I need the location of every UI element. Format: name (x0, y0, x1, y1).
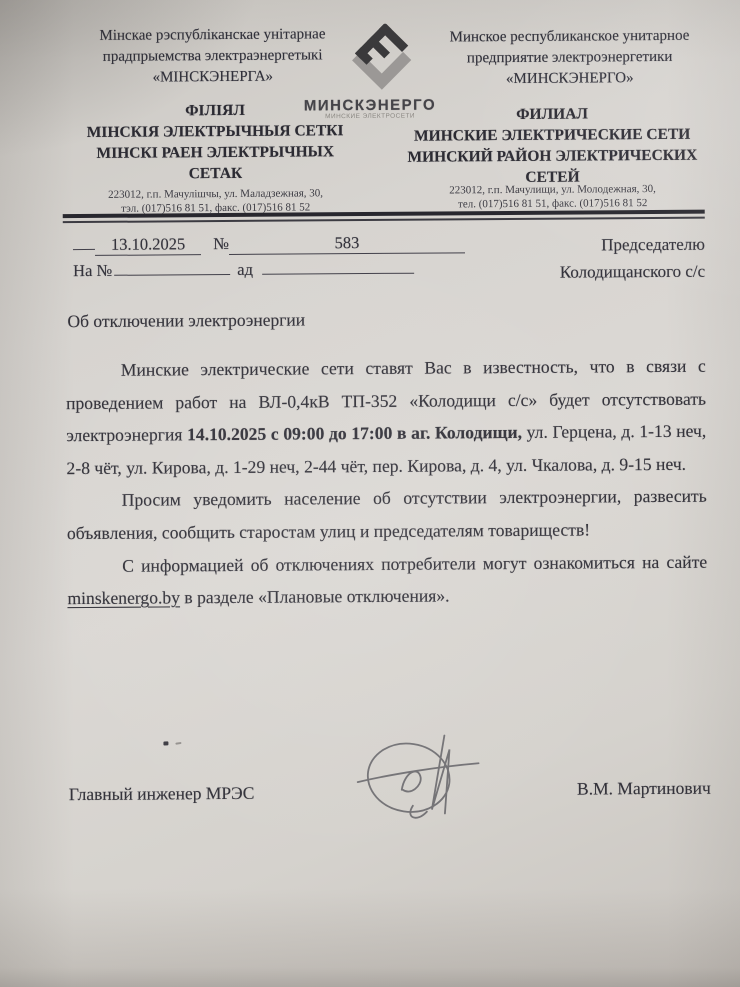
recipient-org: Колодищанского с/с (439, 258, 705, 287)
website-url: minskenergo.by (67, 587, 180, 608)
org-name-line: Мінскае рэспубліканскае унітарнае (67, 24, 357, 47)
org-name-russian: Минское республиканское унитарное предпр… (425, 26, 713, 91)
branch-belarusian: ФІЛІЯЛ МІНСКІЯ ЭЛЕКТРЫЧНЫЯ СЕТКІ МІНСКІ … (70, 99, 361, 185)
signature-scribble (354, 723, 487, 828)
paragraph-text: в разделе «Плановые отключения». (180, 586, 450, 608)
outage-datetime-bold: 14.10.2025 с 09:00 до 17:00 в аг. Колоди… (187, 422, 522, 444)
pen-mark (163, 741, 168, 745)
org-name-line: «МИНСКЭНЕРГО» (426, 68, 714, 91)
document-date: 13.10.2025 (95, 234, 201, 256)
branch-line: МІНСКІ РАЕН ЭЛЕКТРЫЧНЫХ (70, 141, 360, 164)
paragraph-text: С информацией об отключениях потребители… (122, 551, 707, 575)
recipient-block: Председателю Колодищанского с/с (439, 231, 705, 287)
branch-russian: ФИЛИАЛ МИНСКИЕ ЭЛЕКТРИЧЕСКИЕ СЕТИ МИНСКИ… (396, 103, 709, 189)
letter-body: Минские электрические сети ставят Вас в … (66, 350, 708, 615)
branch-line: ФИЛИАЛ (396, 103, 708, 126)
reply-infix: ад (237, 260, 253, 279)
recipient-title: Председателю (439, 231, 705, 260)
signer-position: Главный инженер МРЭС (69, 783, 255, 805)
document-number: 583 (229, 232, 465, 255)
minskenergo-logo-icon (340, 24, 423, 99)
branch-line: МИНСКИЙ РАЙОН ЭЛЕКТРИЧЕСКИХ (396, 145, 708, 168)
paragraph-request: Просим уведомить население об отсутствии… (67, 480, 707, 550)
number-sign: № (213, 234, 229, 253)
paragraph-outage-details: Минские электрические сети ставят Вас в … (66, 350, 707, 485)
blank-underline (73, 249, 95, 250)
org-name-line: прадпрыемства электраэнергетыкі (68, 45, 358, 68)
org-name-line: «МІНСКЭНЕРГА» (68, 66, 358, 89)
address-line: 223012, г.п. Мачулішчы, ул. Маладзежная,… (71, 186, 361, 202)
branch-line: МИНСКИЕ ЭЛЕКТРИЧЕСКИЕ СЕТИ (396, 124, 708, 147)
branch-line: ФІЛІЯЛ (70, 99, 360, 122)
paragraph-website-info: С информацией об отключениях потребители… (67, 545, 707, 615)
address-russian: 223012, г.п. Мачулищи, ул. Молодежная, 3… (403, 182, 703, 212)
document-photo: Мінскае рэспубліканскае унітарнае прадпр… (0, 0, 740, 987)
pen-mark (175, 742, 181, 745)
subject-line: Об отключении электроэнергии (67, 308, 567, 332)
org-name-line: Минское республиканское унитарное (425, 26, 713, 49)
branch-line: МІНСКІЯ ЭЛЕКТРЫЧНЫЯ СЕТКІ (70, 120, 360, 143)
branch-line: СЕТАК (70, 162, 360, 185)
org-name-line: предприятие электроэнергетики (426, 47, 714, 70)
signer-name: В.М. Мартинович (521, 778, 711, 800)
reply-prefix: На № (73, 261, 112, 280)
letter-page: Мінскае рэспубліканскае унітарнае прадпр… (0, 0, 740, 987)
blank-underline (114, 274, 230, 276)
blank-underline (262, 273, 414, 275)
org-name-belarusian: Мінскае рэспубліканскае унітарнае прадпр… (67, 24, 357, 89)
